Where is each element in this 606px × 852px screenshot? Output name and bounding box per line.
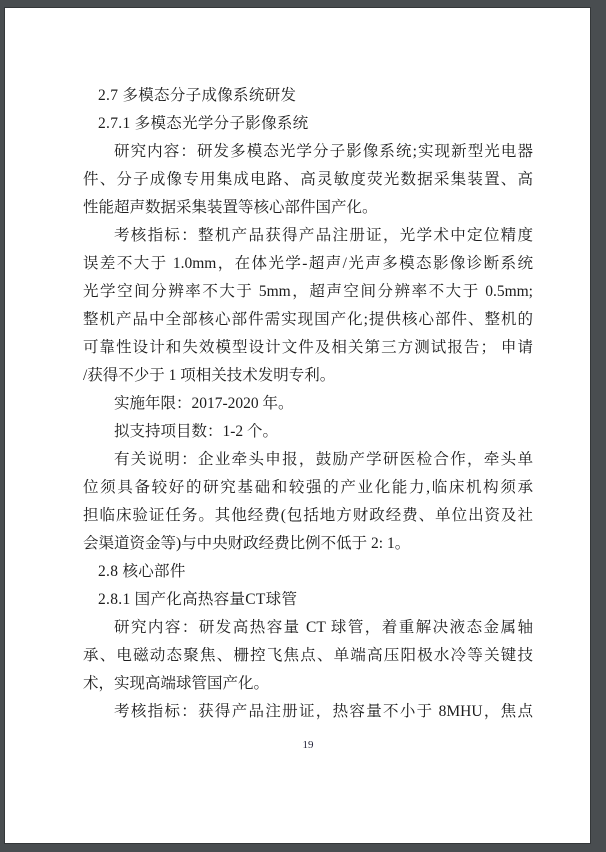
text-line: 担临床验证任务。其他经费(包括地方财政经费、单位出资及社 bbox=[83, 502, 533, 530]
text-line: 拟支持项目数：1-2 个。 bbox=[83, 418, 533, 446]
page-number: 19 bbox=[83, 738, 533, 752]
text-line: 位须具备较好的研究基础和较强的产业化能力,临床机构须承 bbox=[83, 474, 533, 502]
text-line: 件、分子成像专用集成电路、高灵敏度荧光数据采集装置、高 bbox=[83, 166, 533, 194]
text-line: 光学空间分辨率不大于 5mm，超声空间分辨率不大于 0.5mm; bbox=[83, 278, 533, 306]
text-line: 误差不大于 1.0mm，在体光学-超声/光声多模态影像诊断系统 bbox=[83, 250, 533, 278]
text-line: 整机产品中全部核心部件需实现国产化;提供核心部件、整机的 bbox=[83, 306, 533, 334]
text-line: /获得不少于 1 项相关技术发明专利。 bbox=[83, 362, 533, 390]
section-heading: 2.7 多模态分子成像系统研发 bbox=[83, 82, 533, 110]
section-heading: 2.7.1 多模态光学分子影像系统 bbox=[83, 110, 533, 138]
document-body: 2.7 多模态分子成像系统研发2.7.1 多模态光学分子影像系统研究内容：研发多… bbox=[83, 82, 533, 726]
text-line: 承、电磁动态聚焦、栅控飞焦点、单端高压阳极水冷等关键技 bbox=[83, 642, 533, 670]
text-line: 可靠性设计和失效模型设计文件及相关第三方测试报告； 申请 bbox=[83, 334, 533, 362]
text-line: 研究内容：研发多模态光学分子影像系统;实现新型光电器 bbox=[83, 138, 533, 166]
text-line: 有关说明：企业牵头申报，鼓励产学研医检合作，牵头单 bbox=[83, 446, 533, 474]
viewer-background: { "page": { "background_color": "#494d50… bbox=[0, 0, 606, 852]
section-heading: 2.8 核心部件 bbox=[83, 558, 533, 586]
text-line: 实施年限：2017-2020 年。 bbox=[83, 390, 533, 418]
text-line: 会渠道资金等)与中央财政经费比例不低于 2: 1。 bbox=[83, 530, 533, 558]
text-line: 术，实现高端球管国产化。 bbox=[83, 670, 533, 698]
text-line: 性能超声数据采集装置等核心部件国产化。 bbox=[83, 194, 533, 222]
section-heading: 2.8.1 国产化高热容量CT球管 bbox=[83, 586, 533, 614]
text-line: 考核指标：整机产品获得产品注册证，光学术中定位精度 bbox=[83, 222, 533, 250]
document-page: 2.7 多模态分子成像系统研发2.7.1 多模态光学分子影像系统研究内容：研发多… bbox=[5, 8, 590, 843]
text-line: 考核指标：获得产品注册证，热容量不小于 8MHU，焦点 bbox=[83, 698, 533, 726]
text-line: 研究内容：研发高热容量 CT 球管，着重解决液态金属轴 bbox=[83, 614, 533, 642]
